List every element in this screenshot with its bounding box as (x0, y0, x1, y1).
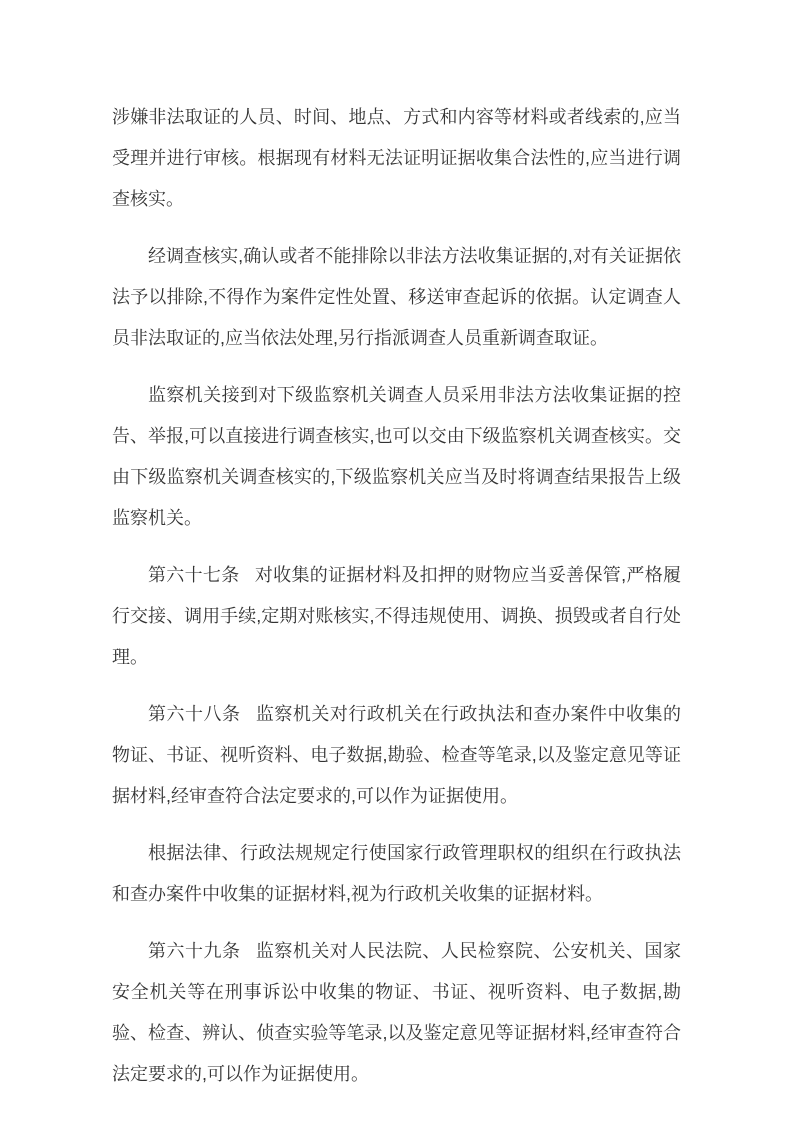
paragraph-text: 根据法律、行政法规规定行使国家行政管理职权的组织在行政执法和查办案件中收集的证据… (112, 843, 681, 904)
article-number: 第六十七条 (148, 565, 240, 585)
paragraph-text: 监察机关对人民法院、人民检察院、公安机关、国家安全机关等在刑事诉讼中收集的物证、… (112, 941, 681, 1084)
paragraph-text: 经调查核实,确认或者不能排除以非法方法收集证据的,对有关证据依法予以排除,不得作… (112, 246, 681, 348)
paragraph-article-67: 第六十七条对收集的证据材料及扣押的财物应当妥善保管,严格履行交接、调用手续,定期… (112, 555, 681, 678)
paragraph-text: 监察机关接到对下级监察机关调查人员采用非法方法收集证据的控告、举报,可以直接进行… (112, 385, 681, 528)
paragraph-article-68: 第六十八条监察机关对行政机关在行政执法和查办案件中收集的物证、书证、视听资料、电… (112, 694, 681, 817)
document-page: 涉嫌非法取证的人员、时间、地点、方式和内容等材料或者线索的,应当受理并进行审核。… (0, 0, 793, 1122)
document-content: 涉嫌非法取证的人员、时间、地点、方式和内容等材料或者线索的,应当受理并进行审核。… (112, 97, 681, 1111)
paragraph-continuation: 涉嫌非法取证的人员、时间、地点、方式和内容等材料或者线索的,应当受理并进行审核。… (112, 97, 681, 220)
paragraph: 经调查核实,确认或者不能排除以非法方法收集证据的,对有关证据依法予以排除,不得作… (112, 236, 681, 359)
paragraph: 根据法律、行政法规规定行使国家行政管理职权的组织在行政执法和查办案件中收集的证据… (112, 833, 681, 915)
paragraph-text: 涉嫌非法取证的人员、时间、地点、方式和内容等材料或者线索的,应当受理并进行审核。… (112, 107, 681, 209)
paragraph-article-69: 第六十九条监察机关对人民法院、人民检察院、公安机关、国家安全机关等在刑事诉讼中收… (112, 931, 681, 1095)
article-number: 第六十九条 (148, 941, 241, 961)
article-number: 第六十八条 (148, 704, 241, 724)
paragraph: 监察机关接到对下级监察机关调查人员采用非法方法收集证据的控告、举报,可以直接进行… (112, 375, 681, 539)
